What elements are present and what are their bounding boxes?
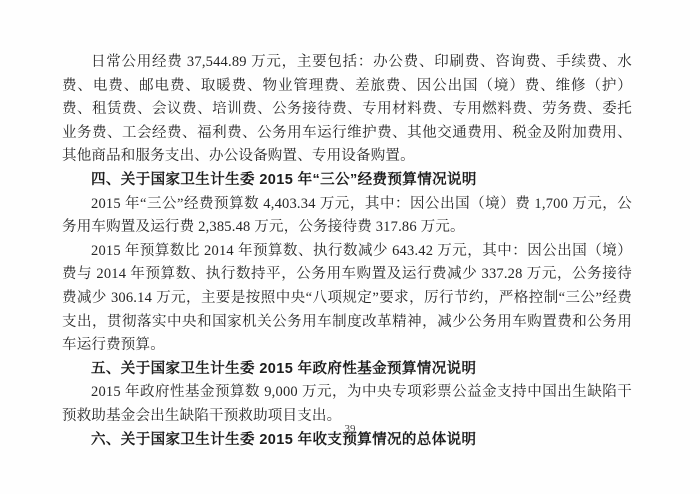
document-page: 日常公用经费 37,544.89 万元，主要包括：办公费、印刷费、咨询费、手续费… — [0, 0, 700, 494]
paragraph-three-public-budget-2015: 2015 年“三公”经费预算数 4,403.34 万元，其中：因公出国（境）费 … — [62, 193, 632, 240]
paragraph-government-fund-budget: 2015 年政府性基金预算数 9,000 万元，为中央专项彩票公益金支持中国出生… — [62, 381, 632, 428]
heading-section-five-government-funds: 五、关于国家卫生计生委 2015 年政府性基金预算情况说明 — [62, 358, 632, 382]
paragraph-daily-public-expenses: 日常公用经费 37,544.89 万元，主要包括：办公费、印刷费、咨询费、手续费… — [62, 51, 632, 169]
paragraph-2015-vs-2014-comparison: 2015 年预算数比 2014 年预算数、执行数减少 643.42 万元，其中：… — [62, 240, 632, 358]
page-number: 39 — [0, 423, 700, 435]
document-content: 日常公用经费 37,544.89 万元，主要包括：办公费、印刷费、咨询费、手续费… — [62, 51, 632, 452]
heading-section-four-three-public-funds: 四、关于国家卫生计生委 2015 年“三公”经费预算情况说明 — [62, 169, 632, 193]
